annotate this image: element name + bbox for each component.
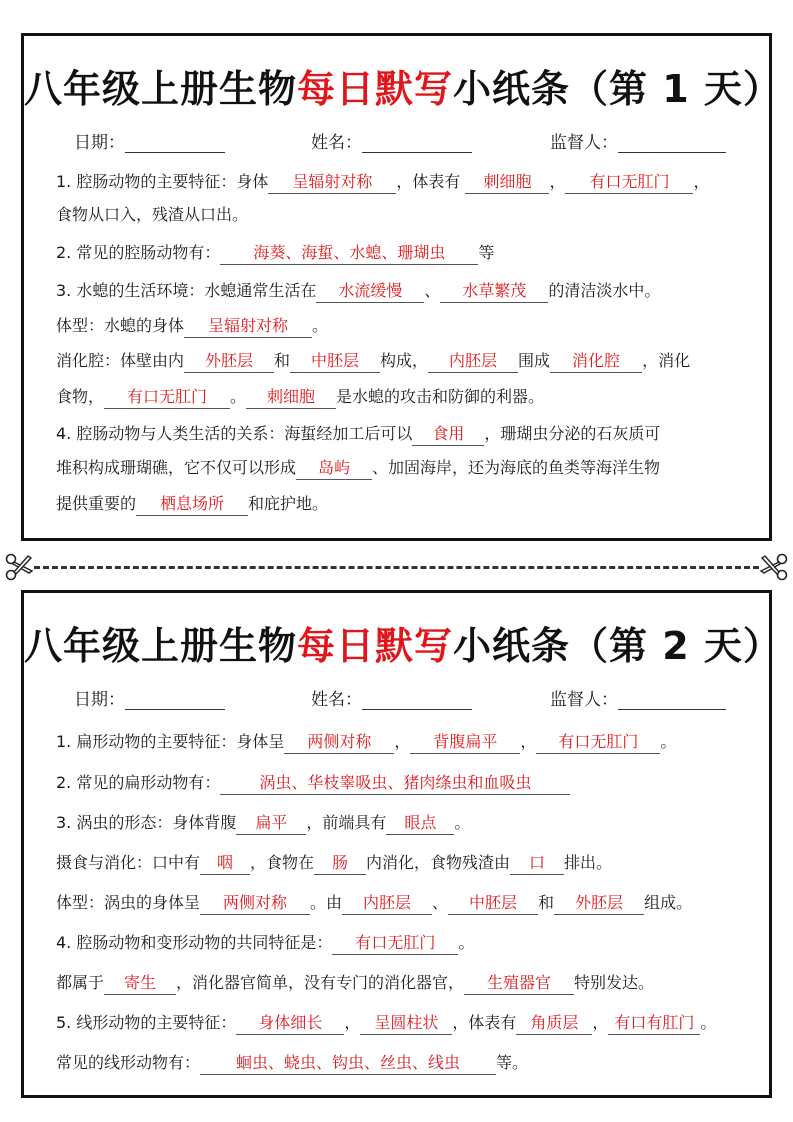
name-field[interactable]: 姓名：	[311, 685, 472, 710]
question-line: 常见的线形动物有：蛔虫、蛲虫、钩虫、丝虫、线虫等。	[56, 1051, 749, 1075]
question-line: 体型：涡虫的身体呈两侧对称。由内胚层、中胚层和外胚层组成。	[56, 891, 749, 915]
question-line: 2. 常见的腔肠动物有：海葵、海蜇、水螅、珊瑚虫等	[56, 241, 749, 265]
question-text: 4. 腔肠动物与人类生活的关系：海蜇经加工后可以	[56, 424, 412, 443]
answer-blank[interactable]: 消化腔	[550, 350, 642, 373]
question-line: 堆积构成珊瑚礁，它不仅可以形成岛屿、加固海岸，还为海底的鱼类等海洋生物	[56, 456, 749, 480]
dashed-cut-line	[34, 566, 759, 569]
answer-blank[interactable]: 有口无肛门	[332, 932, 458, 955]
question-text: 4. 腔肠动物和变形动物的共同特征是：	[56, 933, 332, 952]
scissors-icon	[4, 553, 34, 581]
question-text: 和	[274, 351, 290, 370]
title-suffix: 小纸条（第 2 天）	[453, 624, 782, 668]
answer-blank[interactable]: 水流缓慢	[316, 280, 424, 303]
question-text: 特别发达。	[574, 973, 654, 992]
answer-blank[interactable]: 涡虫、华枝睾吸虫、猪肉绦虫和血吸虫	[220, 772, 570, 795]
question-text: 食物从口入，残渣从口出。	[56, 205, 248, 224]
question-text: 和	[538, 893, 554, 912]
question-text: 都属于	[56, 973, 104, 992]
card-meta: 日期： 姓名： 监督人：	[24, 685, 769, 711]
question-text: 等	[478, 243, 494, 262]
date-blank[interactable]	[125, 689, 225, 710]
answer-blank[interactable]: 外胚层	[554, 892, 644, 915]
question-text: ，	[549, 172, 565, 191]
question-text: ，体表有	[396, 172, 465, 191]
card-title: 八年级上册生物每日默写小纸条（第 2 天）	[24, 615, 769, 670]
question-text: ，消化	[642, 351, 690, 370]
title-highlight: 每日默写	[297, 624, 453, 668]
answer-blank[interactable]: 背腹扁平	[410, 731, 520, 754]
question-text: 3. 水螅的生活环境：水螅通常生活在	[56, 281, 316, 300]
question-line: 1. 扁形动物的主要特征：身体呈两侧对称，背腹扁平，有口无肛门。	[56, 730, 749, 754]
dictation-card-day-2: 八年级上册生物每日默写小纸条（第 2 天） 日期： 姓名： 监督人： 1. 扁形…	[21, 590, 772, 1098]
question-text: 的清洁淡水中。	[548, 281, 660, 300]
question-text: 1. 扁形动物的主要特征：身体呈	[56, 732, 284, 751]
question-text: ，	[592, 1013, 608, 1032]
question-text: 、	[424, 281, 440, 300]
answer-blank[interactable]: 两侧对称	[284, 731, 394, 754]
question-text: 2. 常见的扁形动物有：	[56, 773, 220, 792]
answer-blank[interactable]: 内胚层	[428, 350, 518, 373]
answer-blank[interactable]: 有口无肛门	[565, 171, 693, 194]
question-text: 等。	[496, 1053, 528, 1072]
question-line: 4. 腔肠动物与人类生活的关系：海蜇经加工后可以食用，珊瑚虫分泌的石灰质可	[56, 422, 749, 446]
card-title: 八年级上册生物每日默写小纸条（第 1 天）	[24, 58, 769, 113]
question-line: 1. 腔肠动物的主要特征：身体呈辐射对称，体表有 刺细胞，有口无肛门，	[56, 170, 749, 194]
question-text: 是水螅的攻击和防御的利器。	[336, 387, 544, 406]
answer-blank[interactable]: 中胚层	[290, 350, 380, 373]
question-text: 内消化，食物残渣由	[366, 853, 510, 872]
question-text: ，	[520, 732, 536, 751]
question-text: 。	[660, 732, 676, 751]
question-text: 消化腔：体壁由内	[56, 351, 184, 370]
answer-blank[interactable]: 寄生	[104, 972, 176, 995]
dictation-card-day-1: 八年级上册生物每日默写小纸条（第 1 天） 日期： 姓名： 监督人： 1. 腔肠…	[21, 33, 772, 541]
question-text: 体型：水螅的身体	[56, 316, 184, 335]
question-text: ，	[344, 1013, 360, 1032]
date-label: 日期：	[74, 690, 125, 710]
question-text: 排出。	[564, 853, 612, 872]
question-line: 体型：水螅的身体呈辐射对称。	[56, 314, 749, 338]
answer-blank[interactable]: 有口无肛门	[536, 731, 660, 754]
answer-blank[interactable]: 呈圆柱状	[360, 1012, 452, 1035]
supervisor-blank[interactable]	[618, 132, 726, 153]
date-field[interactable]: 日期：	[74, 685, 225, 710]
title-prefix: 八年级上册生物	[24, 67, 297, 111]
answer-blank[interactable]: 身体细长	[236, 1012, 344, 1035]
question-line: 食物，有口无肛门。刺细胞是水螅的攻击和防御的利器。	[56, 385, 749, 409]
question-text: 。	[454, 813, 470, 832]
question-text: ，消化器官简单，没有专门的消化器官，	[176, 973, 464, 992]
title-highlight: 每日默写	[297, 67, 453, 111]
name-blank[interactable]	[362, 132, 472, 153]
question-line: 2. 常见的扁形动物有：涡虫、华枝睾吸虫、猪肉绦虫和血吸虫	[56, 771, 749, 795]
question-text: ，食物在	[250, 853, 314, 872]
question-text: 和庇护地。	[248, 494, 328, 513]
question-text: ，	[693, 172, 709, 191]
scissors-icon	[759, 553, 789, 581]
card-meta: 日期： 姓名： 监督人：	[24, 128, 769, 154]
answer-blank[interactable]: 岛屿	[296, 457, 372, 480]
question-line: 摄食与消化：口中有咽，食物在肠内消化，食物残渣由口排出。	[56, 851, 749, 875]
question-text: 体型：涡虫的身体呈	[56, 893, 200, 912]
supervisor-label: 监督人：	[550, 133, 618, 153]
question-text: 、加固海岸，还为海底的鱼类等海洋生物	[372, 458, 660, 477]
answer-blank[interactable]: 口	[510, 852, 564, 875]
answer-blank[interactable]: 刺细胞	[465, 171, 549, 194]
question-text: 、	[432, 893, 448, 912]
question-text: 食物，	[56, 387, 104, 406]
answer-blank[interactable]: 有口无肛门	[104, 386, 230, 409]
title-prefix: 八年级上册生物	[24, 624, 297, 668]
name-label: 姓名：	[311, 133, 362, 153]
name-label: 姓名：	[311, 690, 362, 710]
question-line: 3. 涡虫的形态：身体背腹扁平，前端具有眼点。	[56, 811, 749, 835]
supervisor-label: 监督人：	[550, 690, 618, 710]
answer-blank[interactable]: 刺细胞	[246, 386, 336, 409]
question-text: 。	[230, 387, 246, 406]
answer-blank[interactable]: 呈辐射对称	[268, 171, 396, 194]
question-line: 4. 腔肠动物和变形动物的共同特征是：有口无肛门。	[56, 931, 749, 955]
date-field[interactable]: 日期：	[74, 128, 225, 153]
answer-blank[interactable]: 眼点	[386, 812, 454, 835]
question-text: 组成。	[644, 893, 692, 912]
answer-blank[interactable]: 食用	[412, 423, 484, 446]
answer-blank[interactable]: 咽	[200, 852, 250, 875]
answer-blank[interactable]: 肠	[314, 852, 366, 875]
answer-blank[interactable]: 扁平	[236, 812, 306, 835]
question-text: ，珊瑚虫分泌的石灰质可	[484, 424, 660, 443]
title-suffix: 小纸条（第 1 天）	[453, 67, 782, 111]
answer-blank[interactable]: 中胚层	[448, 892, 538, 915]
answer-blank[interactable]: 栖息场所	[136, 493, 248, 516]
question-text: ，体表有	[452, 1013, 516, 1032]
answer-blank[interactable]: 水草繁茂	[440, 280, 548, 303]
question-text: 3. 涡虫的形态：身体背腹	[56, 813, 236, 832]
question-text: 堆积构成珊瑚礁，它不仅可以形成	[56, 458, 296, 477]
supervisor-blank[interactable]	[618, 689, 726, 710]
supervisor-field[interactable]: 监督人：	[550, 685, 726, 710]
question-text: 围成	[518, 351, 550, 370]
answer-blank[interactable]: 呈辐射对称	[184, 315, 312, 338]
question-line: 3. 水螅的生活环境：水螅通常生活在水流缓慢、水草繁茂的清洁淡水中。	[56, 279, 749, 303]
supervisor-field[interactable]: 监督人：	[550, 128, 726, 153]
question-text: 。	[700, 1013, 716, 1032]
question-text: 5. 线形动物的主要特征：	[56, 1013, 236, 1032]
answer-blank[interactable]: 有口有肛门	[608, 1012, 700, 1035]
answer-blank[interactable]: 海葵、海蜇、水螅、珊瑚虫	[220, 242, 478, 265]
question-line: 消化腔：体壁由内外胚层和中胚层构成，内胚层围成消化腔，消化	[56, 349, 749, 373]
question-text: 常见的线形动物有：	[56, 1053, 200, 1072]
question-text: 。	[312, 316, 328, 335]
answer-blank[interactable]: 外胚层	[184, 350, 274, 373]
question-text: 提供重要的	[56, 494, 136, 513]
answer-blank[interactable]: 生殖器官	[464, 972, 574, 995]
answer-blank[interactable]: 两侧对称	[200, 892, 310, 915]
answer-blank[interactable]: 蛔虫、蛲虫、钩虫、丝虫、线虫	[200, 1052, 496, 1075]
question-text: ，前端具有	[306, 813, 386, 832]
question-line: 都属于寄生，消化器官简单，没有专门的消化器官，生殖器官特别发达。	[56, 971, 749, 995]
answer-blank[interactable]: 角质层	[516, 1012, 592, 1035]
question-text: 。	[458, 933, 474, 952]
date-blank[interactable]	[125, 132, 225, 153]
question-text: 。由	[310, 893, 342, 912]
question-text: 1. 腔肠动物的主要特征：身体	[56, 172, 268, 191]
name-blank[interactable]	[362, 689, 472, 710]
question-line: 5. 线形动物的主要特征：身体细长，呈圆柱状，体表有角质层，有口有肛门。	[56, 1011, 749, 1035]
question-text: 构成，	[380, 351, 428, 370]
date-label: 日期：	[74, 133, 125, 153]
question-text: 2. 常见的腔肠动物有：	[56, 243, 220, 262]
question-line: 提供重要的栖息场所和庇护地。	[56, 492, 749, 516]
cut-line	[0, 551, 793, 583]
answer-blank[interactable]: 内胚层	[342, 892, 432, 915]
question-line: 食物从口入，残渣从口出。	[56, 203, 749, 227]
name-field[interactable]: 姓名：	[311, 128, 472, 153]
question-text: ，	[394, 732, 410, 751]
question-text: 摄食与消化：口中有	[56, 853, 200, 872]
